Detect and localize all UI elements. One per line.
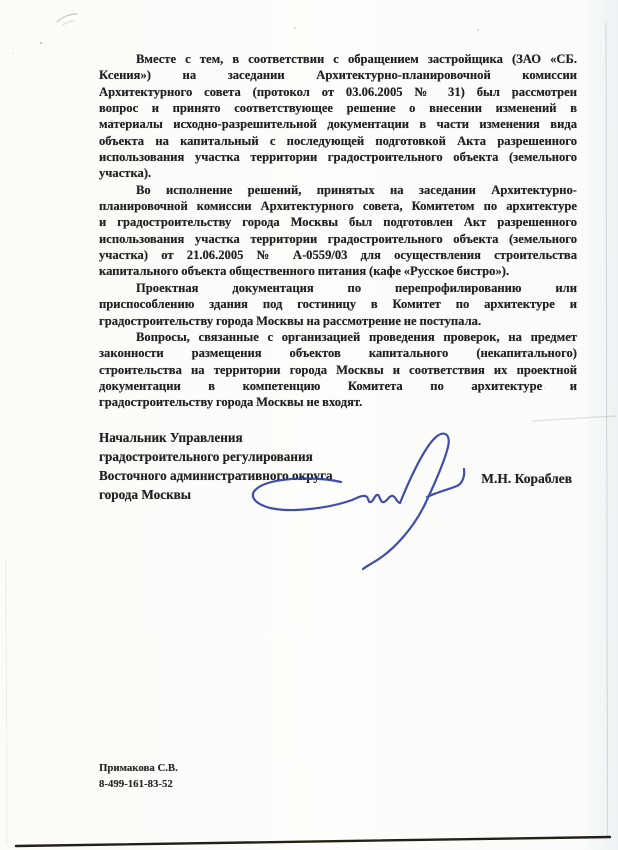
text-line: Начальник Управления [99,428,399,447]
text-line: использования участка территории градост… [99,149,577,165]
pencil-smudge [57,14,77,25]
text-line: градостроительного регулирования [99,447,399,466]
signatory-name: М.Н. Кораблев [481,471,572,487]
paper-crease [532,416,616,421]
text-line: градостроительству города Москвы на расс… [99,313,577,329]
paragraph-2: Во исполнение решений, принятых на засед… [99,182,577,280]
text-line: города Москвы [99,485,399,504]
text-line: объекта на капитальный с последующей под… [99,133,577,149]
text-line: приспособлению здания под гостиницу в Ко… [99,296,577,312]
paragraph-1: Вместе с тем, в соответствии с обращение… [99,51,577,182]
text-line: Ксения») на заседании Архитектурно-плани… [99,67,577,83]
fold-line-left [6,560,7,845]
text-line: документации в компетенцию Комитета по а… [99,378,577,394]
text-line: Во исполнение решений, принятых на засед… [99,182,577,198]
scan-line-right [606,22,608,836]
executor-name: Примакова С.В. [99,761,178,777]
text-line: и градостроительству города Москвы был п… [99,214,577,230]
text-line: Вместе с тем, в соответствии с обращение… [99,51,577,67]
text-line: участка). [99,165,577,181]
text-line: участка) от 21.06.2005 № А-0559/03 для о… [99,247,577,263]
text-line: градостроительству города Москвы не вход… [99,394,577,410]
signatory-title-block: Начальник Управленияградостроительного р… [99,428,399,504]
paper-bottom-edge [16,837,610,846]
text-line: Восточного административного округа [99,466,399,485]
executor-phone: 8-499-161-83-52 [99,777,178,793]
paragraph-4: Вопросы, связанные с организацией провед… [99,329,577,411]
document-body: Вместе с тем, в соответствии с обращение… [99,51,577,411]
executor-footer: Примакова С.В. 8-499-161-83-52 [99,761,178,792]
text-line: Вопросы, связанные с организацией провед… [99,329,577,345]
text-line: материалы исходно-разрешительной докумен… [99,116,577,132]
text-line: Архитектурного совета (протокол от 03.06… [99,84,577,100]
text-line: строительства на территории города Москв… [99,362,577,378]
text-line: капитального объекта общественного питан… [99,263,577,279]
text-line: планировочной комиссии Архитектурного со… [99,198,577,214]
text-line: Проектная документация по перепрофилиров… [99,280,577,296]
text-line: использования участка территории градост… [99,231,577,247]
paragraph-3: Проектная документация по перепрофилиров… [99,280,577,329]
text-line: вопрос и принято соответствующее решение… [99,100,577,116]
scanned-letter-page: Вместе с тем, в соответствии с обращение… [0,0,618,850]
text-line: законности размещения объектов капитальн… [99,345,577,361]
signature-flourish-stroke [427,469,464,497]
